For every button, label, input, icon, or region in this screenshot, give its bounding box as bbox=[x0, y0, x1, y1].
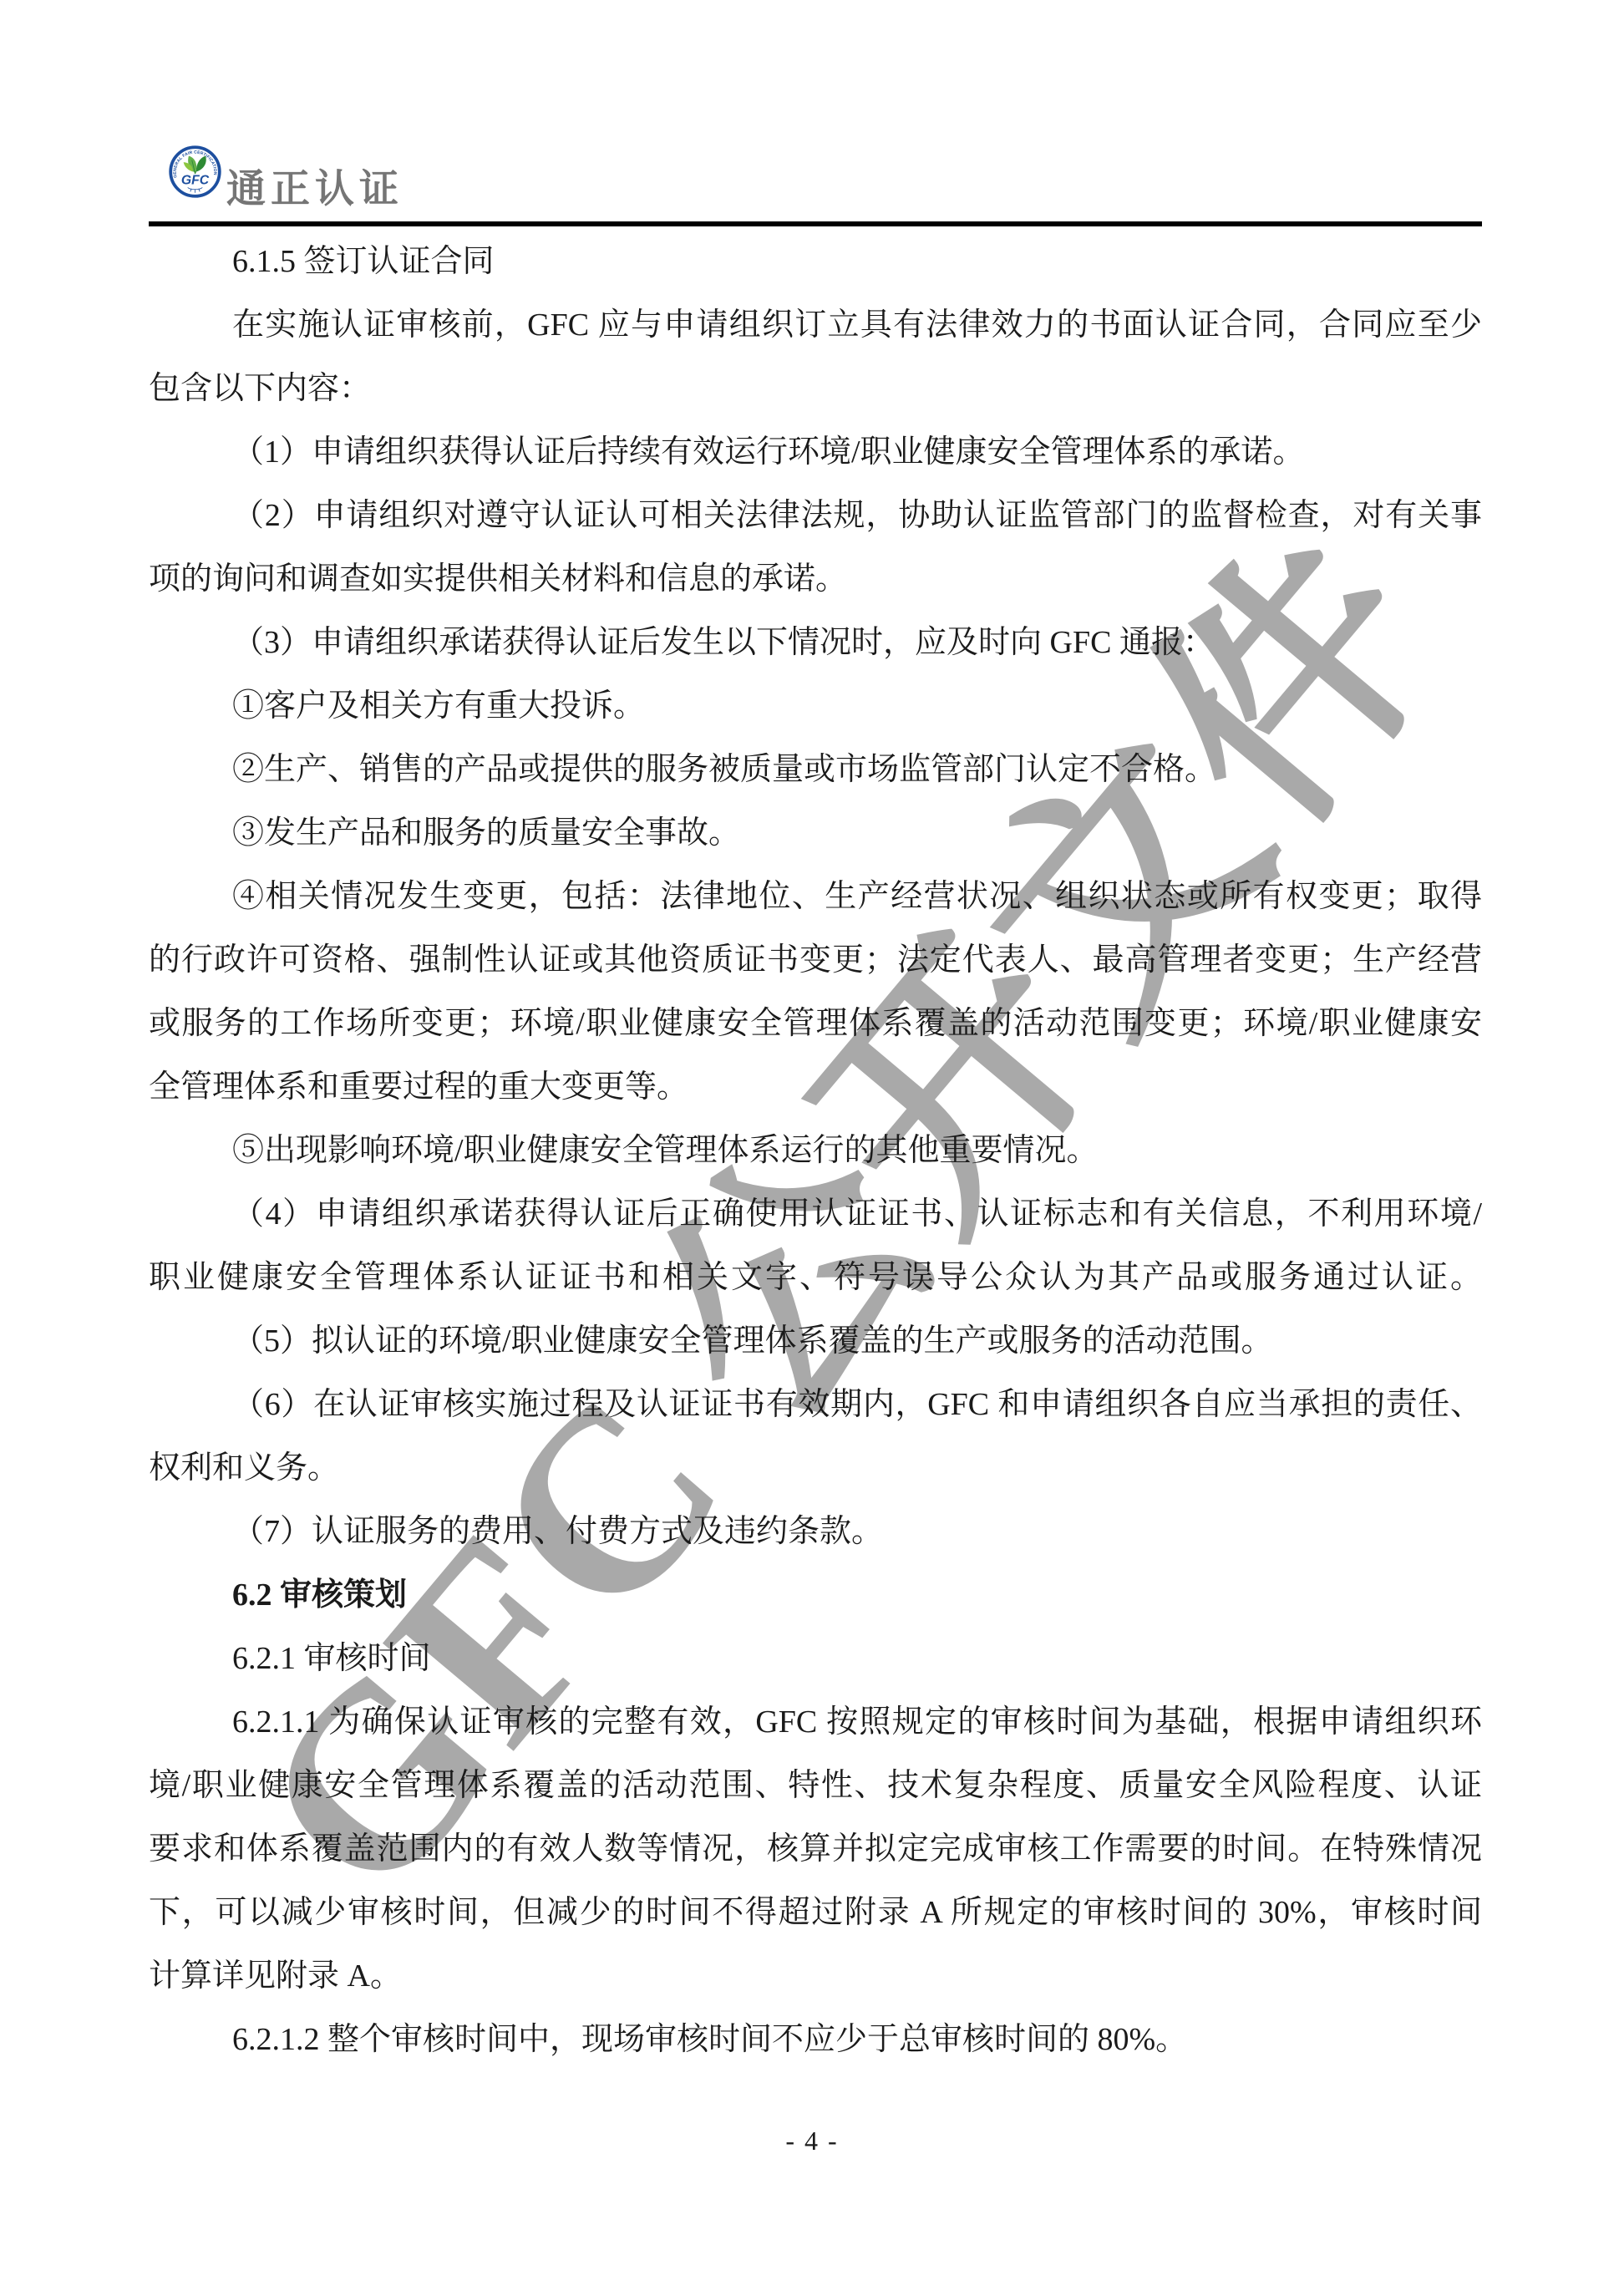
text-line: 6.2.1 审核时间 bbox=[149, 1627, 1482, 1690]
text-line: ③发生产品和服务的质量安全事故。 bbox=[149, 801, 1482, 865]
text-line: 或服务的工作场所变更；环境/职业健康安全管理体系覆盖的活动范围变更；环境/职业健… bbox=[149, 992, 1482, 1055]
badge-gfc-letters: GFC bbox=[181, 174, 210, 188]
brand-name: 通正认证 bbox=[226, 158, 403, 214]
text-line: （4）申请组织承诺获得认证后正确使用认证证书、认证标志和有关信息，不利用环境/ bbox=[149, 1182, 1482, 1246]
header-divider bbox=[149, 221, 1482, 226]
document-body: 6.1.5 签订认证合同在实施认证审核前，GFC 应与申请组织订立具有法律效力的… bbox=[149, 230, 1482, 2071]
text-line: （5）拟认证的环境/职业健康安全管理体系覆盖的生产或服务的活动范围。 bbox=[149, 1309, 1482, 1373]
text-line: 的行政许可资格、强制性认证或其他资质证书变更；法定代表人、最高管理者变更；生产经… bbox=[149, 928, 1482, 992]
page-number: - 4 - bbox=[0, 2126, 1624, 2156]
text-line: （1）申请组织获得认证后持续有效运行环境/职业健康安全管理体系的承诺。 bbox=[149, 420, 1482, 484]
text-line: 境/职业健康安全管理体系覆盖的活动范围、特性、技术复杂程度、质量安全风险程度、认… bbox=[149, 1754, 1482, 1817]
text-line: 全管理体系和重要过程的重大变更等。 bbox=[149, 1055, 1482, 1119]
text-line: 职业健康安全管理体系认证证书和相关文字、符号误导公众认为其产品或服务通过认证。 bbox=[149, 1246, 1482, 1309]
text-line: 6.2.1.1 为确保认证审核的完整有效，GFC 按照规定的审核时间为基础，根据… bbox=[149, 1690, 1482, 1754]
text-line: ②生产、销售的产品或提供的服务被质量或市场监管部门认定不合格。 bbox=[149, 738, 1482, 801]
text-line: （6）在认证审核实施过程及认证证书有效期内，GFC 和申请组织各自应当承担的责任… bbox=[149, 1373, 1482, 1436]
text-line: （7）认证服务的费用、付费方式及违约条款。 bbox=[149, 1500, 1482, 1563]
document-page: GFC 公开文件 GENERAL FAIR CERTIFICATION GFC … bbox=[0, 0, 1624, 2296]
text-line: ⑤出现影响环境/职业健康安全管理体系运行的其他重要情况。 bbox=[149, 1119, 1482, 1182]
text-line: 要求和体系覆盖范围内的有效人数等情况，核算并拟定完成审核工作需要的时间。在特殊情… bbox=[149, 1817, 1482, 1881]
text-line: 项的询问和调查如实提供相关材料和信息的承诺。 bbox=[149, 547, 1482, 611]
text-line: 6.2.1.2 整个审核时间中，现场审核时间不应少于总审核时间的 80%。 bbox=[149, 2008, 1482, 2071]
text-line: ①客户及相关方有重大投诉。 bbox=[149, 674, 1482, 738]
text-line: 6.2 审核策划 bbox=[149, 1563, 1482, 1627]
text-line: 计算详见附录 A。 bbox=[149, 1944, 1482, 2008]
text-line: ④相关情况发生变更，包括：法律地位、生产经营状况、组织状态或所有权变更；取得 bbox=[149, 865, 1482, 928]
text-line: 权利和义务。 bbox=[149, 1436, 1482, 1500]
text-line: 包含以下内容： bbox=[149, 357, 1482, 420]
text-line: 6.1.5 签订认证合同 bbox=[149, 230, 1482, 293]
text-line: 下，可以减少审核时间，但减少的时间不得超过附录 A 所规定的审核时间的 30%，… bbox=[149, 1881, 1482, 1944]
text-line: 在实施认证审核前，GFC 应与申请组织订立具有法律效力的书面认证合同，合同应至少 bbox=[149, 293, 1482, 357]
text-line: （3）申请组织承诺获得认证后发生以下情况时，应及时向 GFC 通报： bbox=[149, 611, 1482, 674]
text-line: （2）申请组织对遵守认证认可相关法律法规，协助认证监管部门的监督检查，对有关事 bbox=[149, 484, 1482, 547]
gfc-badge-logo: GENERAL FAIR CERTIFICATION GFC bbox=[169, 145, 221, 198]
